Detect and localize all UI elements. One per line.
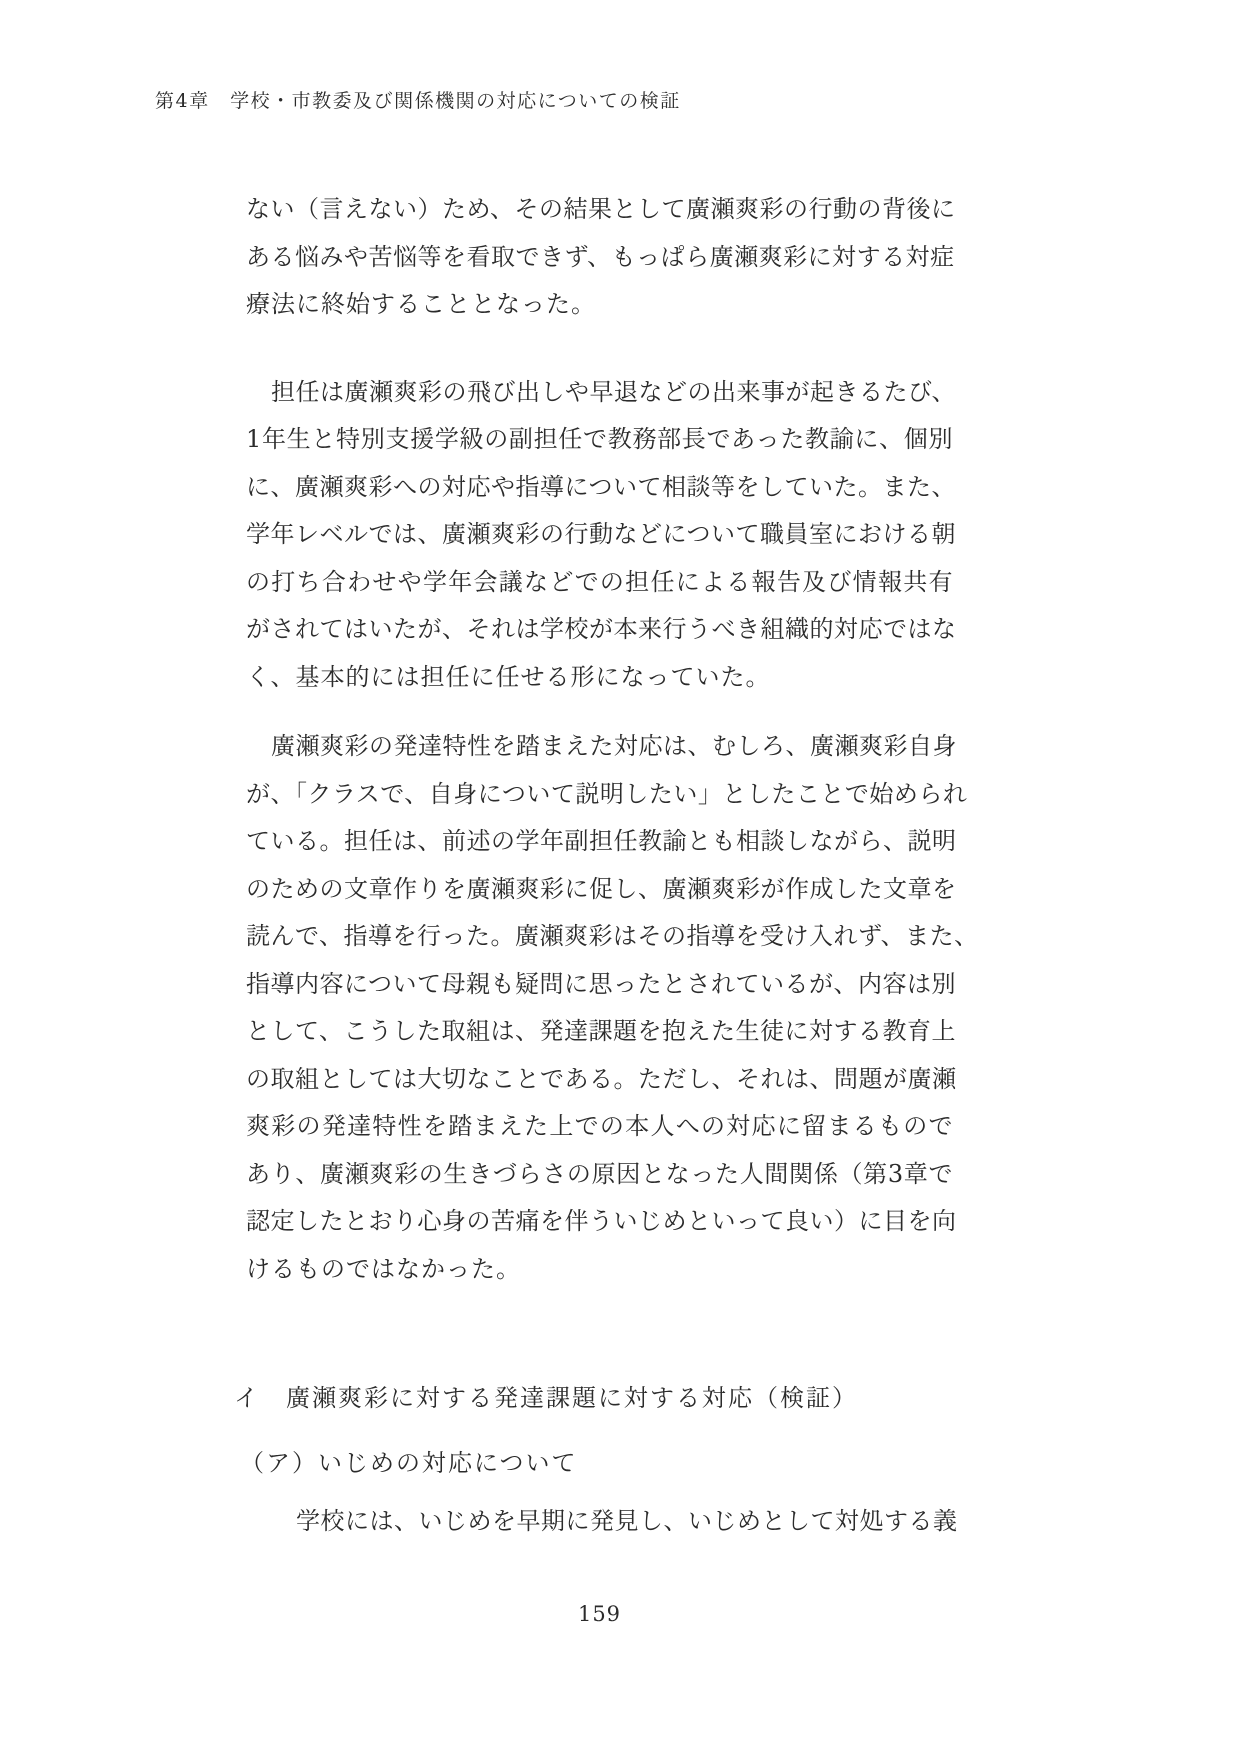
body-line: 学校には、いじめを早期に発見し、いじめとして対処する義	[246, 1498, 953, 1546]
body-line: ている。担任は、前述の学年副担任教諭とも相談しながら、説明	[246, 818, 953, 866]
body-line: が、「クラスで、自身について説明したい」としたことで始められ	[246, 771, 953, 819]
body-line: 爽彩の発達特性を踏まえた上での本人への対応に留まるもので	[246, 1103, 953, 1151]
body-line: あり、廣瀬爽彩の生きづらさの原因となった人間関係（第3章で	[246, 1151, 953, 1199]
body-line: 療法に終始することとなった。	[246, 281, 953, 329]
running-header: 第4章 学校・市教委及び関係機関の対応についての検証	[155, 86, 681, 113]
body-line: 認定したとおり心身の苦痛を伴ういじめといって良い）に目を向	[246, 1198, 953, 1246]
body-line: のための文章作りを廣瀬爽彩に促し、廣瀬爽彩が作成した文章を	[246, 866, 953, 914]
paragraph: 担任は廣瀬爽彩の飛び出しや早退などの出来事が起きるたび、 1年生と特別支援学級の…	[246, 369, 953, 702]
body-line: 担任は廣瀬爽彩の飛び出しや早退などの出来事が起きるたび、	[246, 369, 953, 417]
body-line: けるものではなかった。	[246, 1246, 953, 1294]
body-line: として、こうした取組は、発達課題を抱えた生徒に対する教育上	[246, 1008, 953, 1056]
section-heading: イ 廣瀬爽彩に対する発達課題に対する対応（検証）	[234, 1375, 953, 1423]
subsection-heading: （ア）いじめの対応について	[240, 1440, 953, 1488]
body-line: の打ち合わせや学年会議などでの担任による報告及び情報共有	[246, 559, 953, 607]
body-line: 読んで、指導を行った。廣瀬爽彩はその指導を受け入れず、また、	[246, 913, 953, 961]
body-line: 指導内容について母親も疑問に思ったとされているが、内容は別	[246, 961, 953, 1009]
paragraph: 廣瀬爽彩の発達特性を踏まえた対応は、むしろ、廣瀬爽彩自身 が、「クラスで、自身に…	[246, 723, 953, 1293]
body-line: がされてはいたが、それは学校が本来行うべき組織的対応ではな	[246, 606, 953, 654]
document-page: 第4章 学校・市教委及び関係機関の対応についての検証 ない（言えない）ため、その…	[0, 0, 1239, 1754]
paragraph: ない（言えない）ため、その結果として廣瀬爽彩の行動の背後に ある悩みや苦悩等を看…	[246, 186, 953, 329]
body-line: 1年生と特別支援学級の副担任で教務部長であった教諭に、個別	[246, 416, 953, 464]
body-line: く、基本的には担任に任せる形になっていた。	[246, 654, 953, 702]
body-line: 廣瀬爽彩の発達特性を踏まえた対応は、むしろ、廣瀬爽彩自身	[246, 723, 953, 771]
page-number: 159	[246, 1602, 953, 1626]
body-line: 学年レベルでは、廣瀬爽彩の行動などについて職員室における朝	[246, 511, 953, 559]
body-line: ない（言えない）ため、その結果として廣瀬爽彩の行動の背後に	[246, 186, 953, 234]
body-line: に、廣瀬爽彩への対応や指導について相談等をしていた。また、	[246, 464, 953, 512]
page-body: ない（言えない）ため、その結果として廣瀬爽彩の行動の背後に ある悩みや苦悩等を看…	[246, 186, 953, 1546]
body-line: ある悩みや苦悩等を看取できず、もっぱら廣瀬爽彩に対する対症	[246, 234, 953, 282]
body-line: の取組としては大切なことである。ただし、それは、問題が廣瀬	[246, 1056, 953, 1104]
